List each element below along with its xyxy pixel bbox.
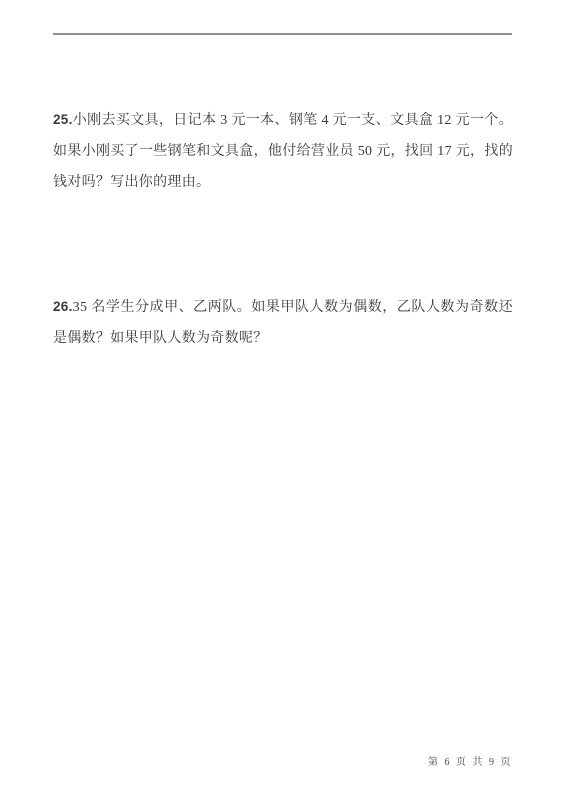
document-page: 25.小刚去买文具，日记本 3 元一本、钢笔 4 元一支、文具盒 12 元一个。… [0, 0, 565, 800]
question-25-text: 小刚去买文具，日记本 3 元一本、钢笔 4 元一支、文具盒 12 元一个。如果小… [53, 113, 513, 190]
page-number-indicator: 第 6 页 共 9 页 [428, 757, 513, 768]
question-25-number: 25. [53, 112, 73, 127]
question-25: 25.小刚去买文具，日记本 3 元一本、钢笔 4 元一支、文具盒 12 元一个。… [53, 104, 513, 198]
question-26-text: 35 名学生分成甲、乙两队。如果甲队人数为偶数，乙队人数为奇数还是偶数？如果甲队… [53, 300, 513, 346]
question-26-number: 26. [53, 299, 73, 314]
question-26: 26.35 名学生分成甲、乙两队。如果甲队人数为偶数，乙队人数为奇数还是偶数？如… [53, 291, 513, 354]
header-rule [53, 33, 512, 35]
questions-section: 25.小刚去买文具，日记本 3 元一本、钢笔 4 元一支、文具盒 12 元一个。… [53, 104, 513, 354]
page-footer: 第 6 页 共 9 页 [428, 753, 513, 768]
